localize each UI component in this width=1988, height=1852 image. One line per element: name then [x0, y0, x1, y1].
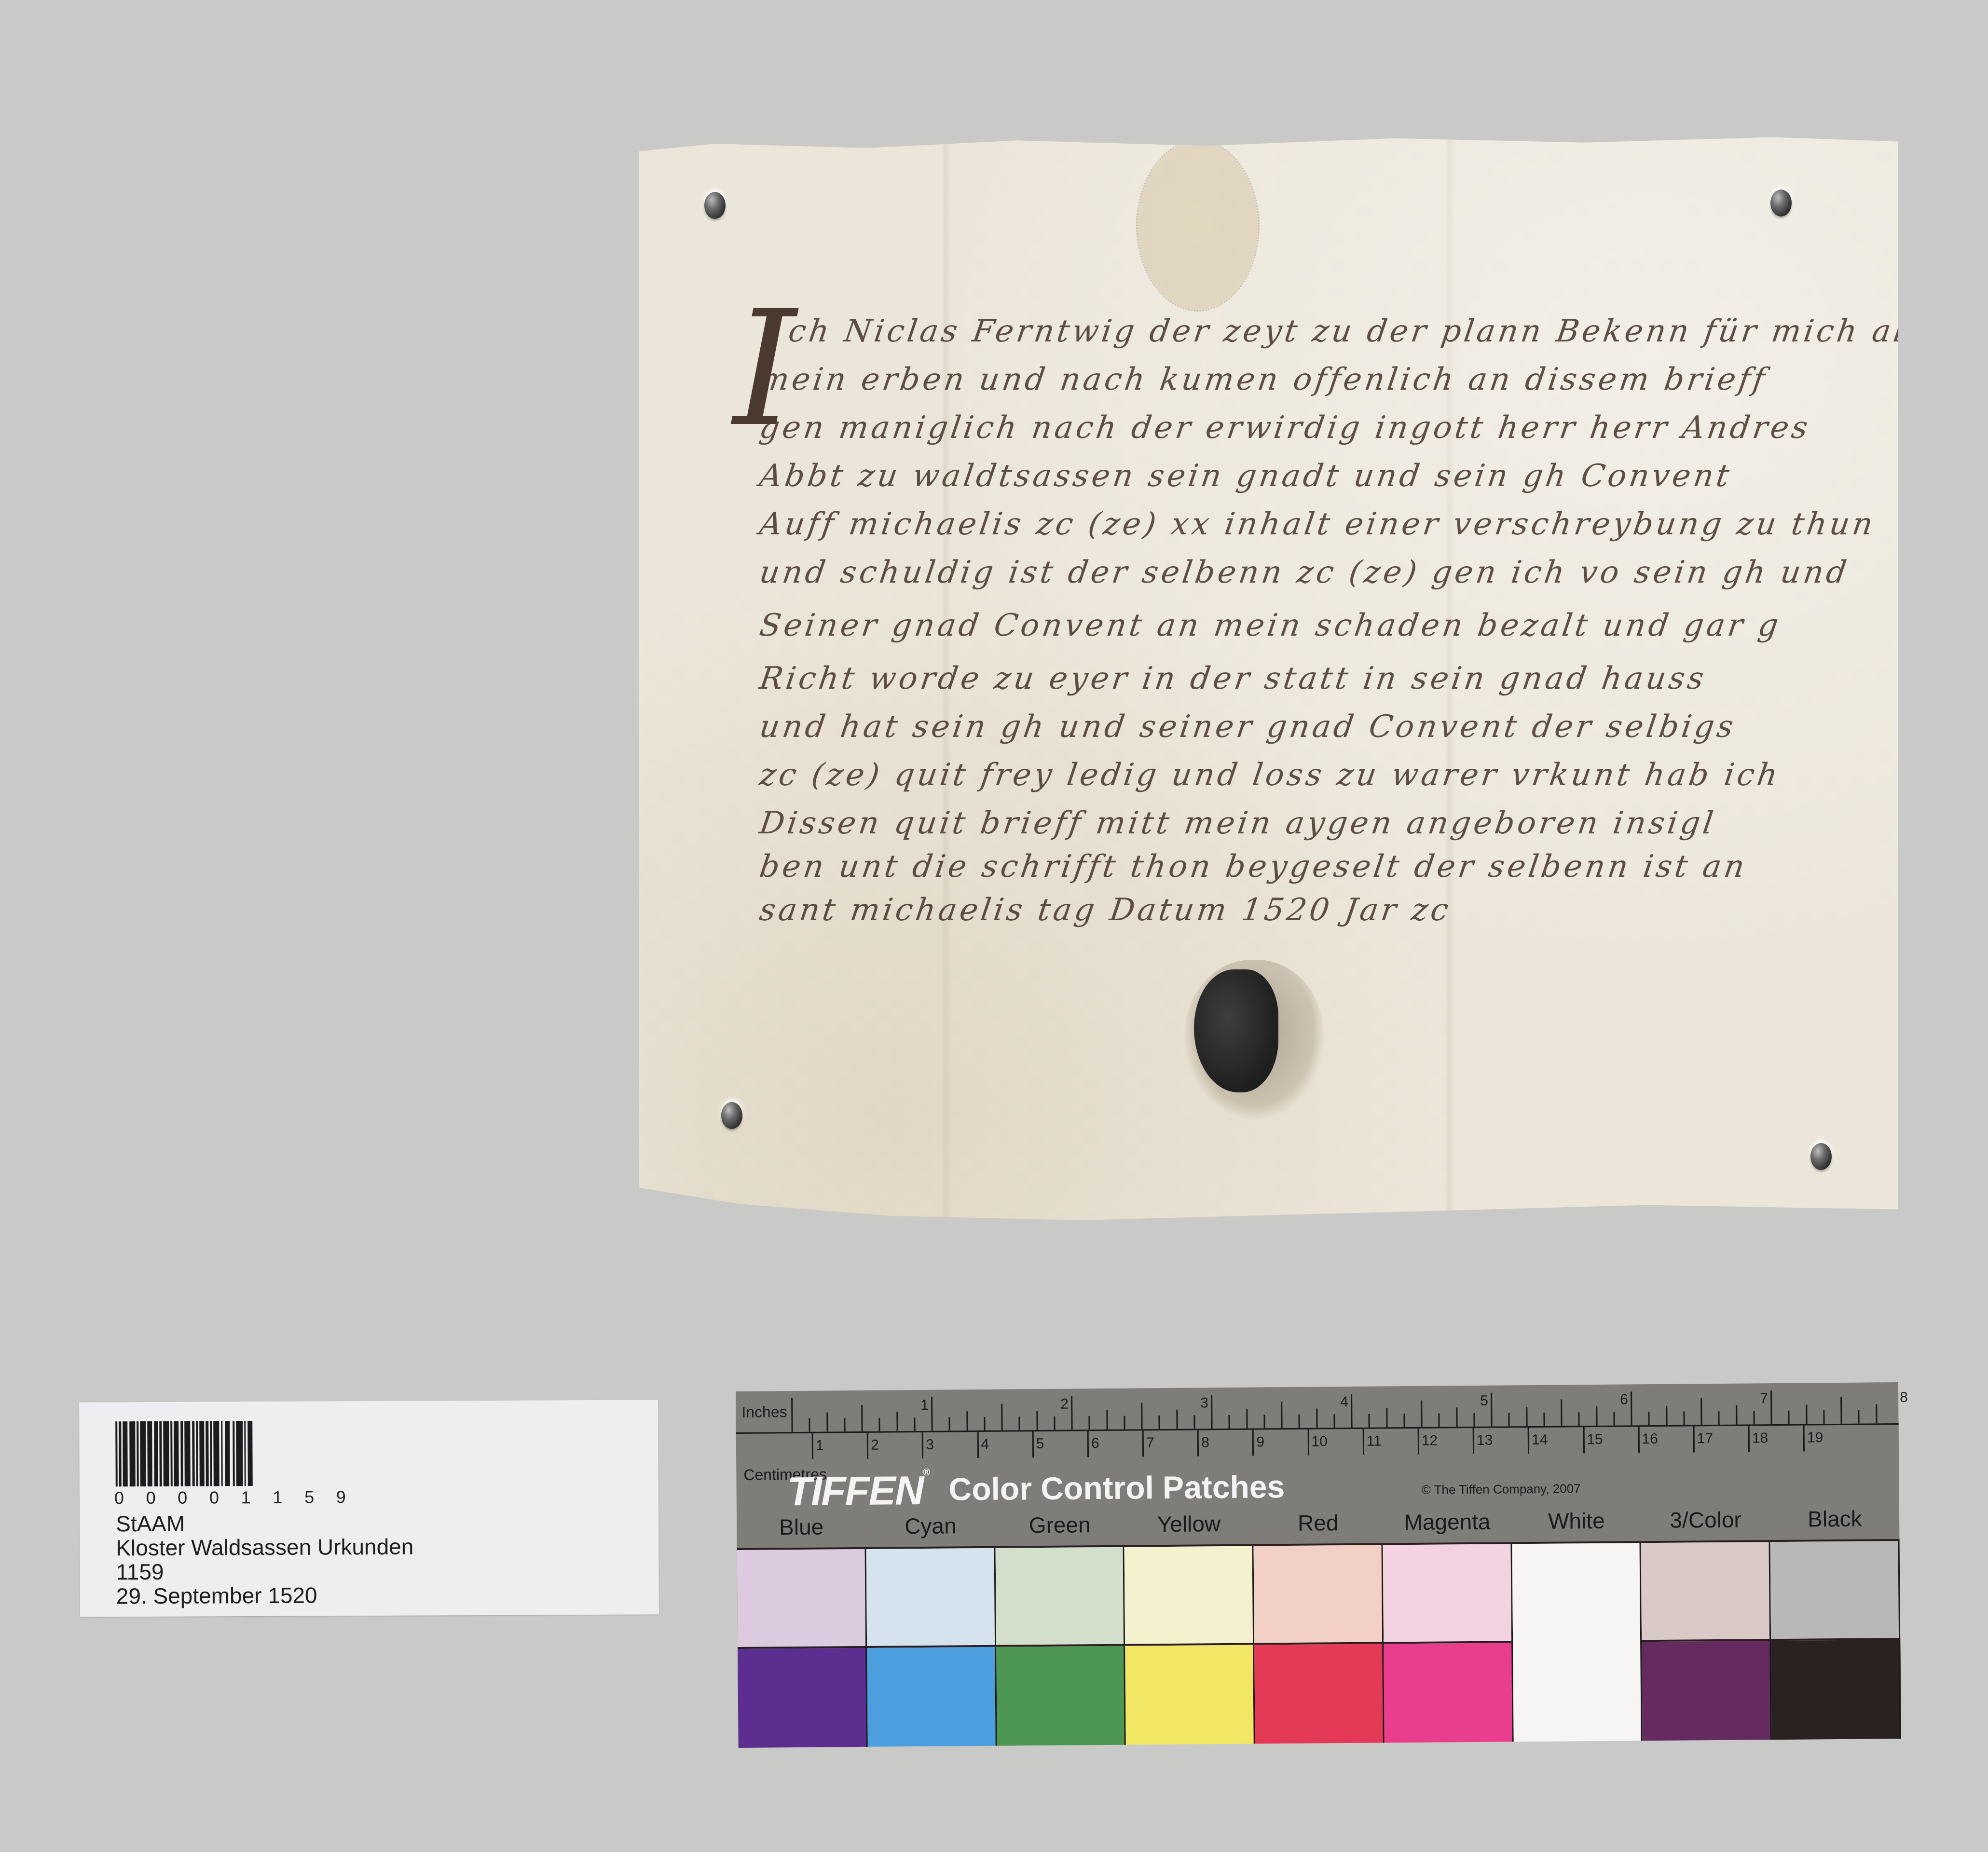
ruler-inch-tick	[1858, 1410, 1860, 1424]
manuscript-date-line: sant michaelis tag Datum 1520 Jar zc	[757, 892, 1453, 928]
patch-white	[1512, 1543, 1643, 1742]
mounting-pin-bottom-left	[721, 1102, 742, 1129]
ruler-inch-tick	[1019, 1416, 1020, 1430]
ruler-inch-tick	[984, 1417, 985, 1430]
ruler-cm-number: 3	[926, 1437, 934, 1453]
manuscript-line: und hat sein gh und seiner gnad Convent …	[757, 709, 1739, 745]
ruler-inch-tick	[1106, 1410, 1108, 1430]
ruler-inch-number: 1	[920, 1397, 929, 1414]
ruler-inch-tick	[966, 1411, 968, 1430]
patch-dark-red	[1254, 1644, 1384, 1743]
manuscript-line: zc (ze) quit frey ledig und loss zu ware…	[757, 757, 1782, 793]
ruler-cm-tick	[1197, 1430, 1199, 1456]
patch-dark-blue	[738, 1648, 867, 1748]
ruler-cm-tick	[812, 1433, 813, 1459]
ruler-inch-number: 2	[1060, 1396, 1069, 1413]
ruler-cm-number: 1	[816, 1438, 824, 1454]
patch-label-red: Red	[1253, 1509, 1383, 1536]
ruler-cm-tick	[1693, 1426, 1694, 1452]
barcode-bar	[140, 1421, 146, 1486]
ruler-cm-number: 14	[1532, 1432, 1548, 1448]
ruler-inch-tick	[809, 1418, 810, 1432]
ruler-inch-tick	[1001, 1404, 1002, 1430]
ruler-cm-tick	[1748, 1425, 1750, 1452]
ruler-inch-tick	[1613, 1412, 1615, 1426]
ruler-inch-tick	[896, 1412, 898, 1431]
patch-dark-3-color	[1642, 1641, 1772, 1741]
ruler-cm-number: 9	[1256, 1434, 1264, 1450]
ruler-inch-tick	[1683, 1412, 1685, 1425]
ruler-cm-tick	[1362, 1429, 1364, 1455]
patch-label-black: Black	[1770, 1505, 1899, 1532]
ruler-cm-number: 5	[1036, 1436, 1044, 1452]
ruler-inch-number: 7	[1760, 1390, 1768, 1407]
mounting-pin-bottom-right	[1810, 1143, 1832, 1170]
ruler-inch-tick	[1753, 1411, 1755, 1424]
ruler-inch-tick	[914, 1417, 915, 1431]
barcode-bar	[147, 1421, 152, 1486]
barcode-bar	[199, 1421, 205, 1486]
patch-light-green	[995, 1547, 1125, 1647]
ruler-ticks	[736, 1389, 1898, 1399]
patch-label-green: Green	[995, 1512, 1124, 1539]
barcode-digit: 9	[336, 1487, 346, 1507]
ruler-inch-number: 8	[1900, 1389, 1908, 1406]
ruler-inch-tick	[1071, 1396, 1073, 1430]
ruler-inch-tick	[1421, 1401, 1422, 1427]
barcode-digit: 5	[304, 1487, 314, 1507]
patch-light-yellow	[1124, 1546, 1254, 1646]
ruler-inch-tick	[1089, 1416, 1090, 1430]
barcode-digit: 0	[146, 1488, 156, 1508]
ruler-cm-number: 7	[1146, 1435, 1154, 1451]
ruler-cm-tick	[867, 1432, 868, 1459]
ruler-inch-tick	[1386, 1408, 1387, 1427]
patch-dark-yellow	[1125, 1645, 1255, 1745]
ruler-inch-tick	[1718, 1411, 1720, 1425]
ruler-cm-number: 8	[1201, 1434, 1209, 1451]
barcode-digit: 0	[114, 1488, 124, 1508]
ruler-cm-tick	[1032, 1431, 1033, 1457]
patch-label-white: White	[1512, 1507, 1641, 1534]
ruler-inch-tick	[1333, 1414, 1335, 1428]
brand-name: TIFFEN	[787, 1468, 923, 1514]
manuscript-line: Richt worde zu eyer in der statt in sein…	[757, 661, 1709, 696]
manuscript-line: gen maniglich nach der erwirdig ingott h…	[757, 410, 1813, 446]
ruler-inch-tick	[1806, 1405, 1807, 1424]
ruler-cm-tick	[1252, 1430, 1254, 1456]
ruler-inch-tick	[1229, 1415, 1230, 1429]
ruler-cm-tick	[1142, 1430, 1144, 1457]
ruler-inch-tick	[1823, 1410, 1824, 1424]
barcode-bar	[236, 1421, 243, 1486]
barcode-bar	[184, 1421, 191, 1486]
barcode-bar	[123, 1421, 128, 1486]
ruler-inch-tick	[879, 1418, 880, 1431]
ruler-cm-tick	[977, 1431, 978, 1458]
patch-label-cyan: Cyan	[866, 1512, 995, 1539]
ruler-inch-tick	[1876, 1404, 1877, 1423]
ruler-cm-tick	[1803, 1425, 1805, 1452]
ruler-inch-tick	[826, 1413, 828, 1432]
barcode-bar	[225, 1421, 230, 1486]
ruler-inch-tick	[1473, 1413, 1475, 1427]
ruler-cm-number: 17	[1697, 1430, 1714, 1447]
ruler-inch-number: 4	[1340, 1394, 1348, 1410]
manuscript-line: Dissen quit brieff mitt mein aygen angeb…	[757, 805, 1718, 841]
patch-dark-cyan	[867, 1647, 997, 1747]
ruler-cm-tick	[1473, 1428, 1474, 1454]
ruler-cm-number: 19	[1807, 1430, 1823, 1446]
ruler-inch-tick	[1736, 1405, 1737, 1425]
patch-dark-black	[1771, 1640, 1901, 1740]
ruler-cm-tick	[1087, 1430, 1089, 1457]
patch-light-blue	[737, 1549, 867, 1649]
ruler-inch-tick	[1176, 1410, 1178, 1429]
ruler-cm-number: 15	[1587, 1431, 1603, 1448]
ruler-inch-number: 5	[1480, 1393, 1488, 1409]
ruler-cm-number: 2	[871, 1437, 879, 1454]
ruler-inch-tick	[1263, 1415, 1265, 1428]
ruler-inch-tick	[1596, 1406, 1597, 1426]
barcode-bar	[174, 1421, 179, 1486]
ruler-inch-tick	[1141, 1403, 1142, 1429]
patch-light-red	[1254, 1545, 1384, 1645]
ruler-inch-tick	[1351, 1394, 1353, 1428]
barcode-digit: 1	[273, 1487, 282, 1508]
ruler-inch-tick	[1543, 1413, 1545, 1426]
ruler-cm-tick	[1418, 1428, 1419, 1455]
ruler-inch-tick	[1036, 1411, 1038, 1430]
label-number: 1159	[116, 1559, 164, 1585]
ruler-inch-tick	[1648, 1412, 1650, 1425]
ruler-cm-number: 6	[1091, 1435, 1099, 1452]
barcode-digits: 0 0 0 0 1 1 5 9	[114, 1487, 346, 1508]
patch-label-yellow: Yellow	[1124, 1511, 1253, 1538]
manuscript-line: ch Niclas Ferntwig der zeyt zu der plann…	[786, 313, 1922, 349]
ruler-inch-tick	[1281, 1402, 1282, 1428]
patch-light-black	[1770, 1541, 1900, 1641]
ruler-inch-tick	[1770, 1390, 1772, 1424]
ruler-inch-number: 6	[1620, 1391, 1628, 1408]
ruler-inches-label: Inches	[741, 1403, 787, 1421]
ruler-inch-tick	[791, 1398, 793, 1432]
barcode-bar	[213, 1421, 219, 1486]
ruler-inch-tick	[1054, 1416, 1055, 1430]
ruler-inch-tick	[861, 1405, 863, 1431]
ruler-cm-tick	[922, 1432, 923, 1458]
chart-copyright: © The Tiffen Company, 2007	[1422, 1481, 1581, 1498]
ruler-inch-tick	[1508, 1413, 1510, 1426]
ruler-inch-tick	[1193, 1416, 1195, 1429]
ruler-inch-tick	[1561, 1400, 1562, 1426]
patch-light-cyan	[866, 1548, 996, 1648]
ruler-cm-number: 13	[1477, 1432, 1493, 1449]
ruler-inch-tick	[949, 1417, 950, 1431]
patch-dark-magenta	[1384, 1643, 1513, 1743]
manuscript-line: ben unt die schrifft thon beygeselt der …	[757, 849, 1750, 885]
ruler-inch-tick	[1403, 1414, 1405, 1427]
patch-light-magenta	[1383, 1544, 1512, 1644]
patch-label-3-color: 3/Color	[1641, 1506, 1770, 1533]
tiffen-logo: TIFFEN®	[787, 1467, 929, 1515]
registered-mark: ®	[923, 1467, 929, 1478]
ruler-cm-number: 4	[981, 1436, 989, 1453]
label-archive: StAAM	[116, 1511, 185, 1537]
ruler-inch-tick	[1211, 1395, 1213, 1429]
patch-light-3-color	[1641, 1542, 1771, 1642]
ruler-cm-tick	[1638, 1426, 1639, 1453]
ruler-cm-number: 10	[1311, 1433, 1328, 1450]
ruler-inch-tick	[1788, 1411, 1790, 1424]
ruler-inch-tick	[1700, 1398, 1702, 1425]
ruler-inch-tick	[1124, 1416, 1125, 1430]
ruler-cm-tick	[1307, 1429, 1309, 1456]
barcode-digit: 1	[241, 1487, 251, 1508]
ruler-inch-number: 3	[1200, 1395, 1208, 1411]
faded-seal-imprint	[1136, 140, 1260, 312]
patch-label-magenta: Magenta	[1383, 1508, 1512, 1535]
barcode	[115, 1420, 343, 1486]
ruler-cm-number: 16	[1642, 1431, 1658, 1447]
ruler-cm-number: 12	[1422, 1433, 1438, 1449]
barcode-bar	[247, 1421, 253, 1486]
barcode-bar	[163, 1421, 169, 1486]
mounting-pin-top-right	[1770, 190, 1792, 217]
mounting-pin-top-left	[704, 192, 726, 219]
ruler-inch-tick	[1840, 1397, 1842, 1424]
ruler-inch-tick	[1491, 1393, 1493, 1427]
manuscript-document: I ch Niclas Ferntwig der zeyt zu der pla…	[639, 135, 1898, 1220]
ruler-inch-tick	[1369, 1414, 1370, 1428]
ruler-inch-tick	[844, 1418, 845, 1431]
ruler: Inches 123456781234567891011121314151617…	[736, 1389, 1899, 1476]
ruler-inch-tick	[1456, 1407, 1457, 1427]
label-date: 29. September 1520	[116, 1582, 317, 1609]
barcode-bar	[129, 1421, 136, 1486]
ruler-cm-tick	[1528, 1427, 1529, 1454]
ruler-inch-tick	[1578, 1412, 1580, 1426]
barcode-digit: 0	[178, 1488, 187, 1508]
manuscript-line: Abbt zu waldtsassen sein gnadt und sein …	[757, 458, 1734, 494]
manuscript-line: Seiner gnad Convent an mein schaden beza…	[757, 608, 1783, 643]
ruler-inch-tick	[1666, 1406, 1667, 1425]
patch-dark-green	[996, 1646, 1126, 1746]
ruler-cm-number: 11	[1367, 1433, 1382, 1449]
ruler-cm-tick	[1583, 1427, 1584, 1453]
manuscript-line: mein erben und nach kumen offenlich an d…	[757, 362, 1770, 397]
manuscript-line: und schuldig ist der selbenn zc (ze) gen…	[757, 555, 1851, 590]
ruler-inch-tick	[1316, 1409, 1317, 1428]
manuscript-line: Auff michaelis zc (ze) xx inhalt einer v…	[757, 506, 1878, 542]
color-control-chart: Inches 123456781234567891011121314151617…	[736, 1382, 1901, 1746]
ruler-inch-tick	[1246, 1409, 1248, 1429]
label-collection: Kloster Waldsassen Urkunden	[116, 1534, 413, 1561]
ruler-inch-tick	[931, 1397, 933, 1431]
ruler-cm-number: 18	[1752, 1430, 1769, 1446]
chart-title: Color Control Patches	[948, 1468, 1285, 1507]
ruler-inch-tick	[1159, 1416, 1160, 1429]
ruler-inch-tick	[1299, 1415, 1300, 1428]
ruler-inch-tick	[1439, 1414, 1440, 1427]
ruler-inch-tick	[1631, 1391, 1632, 1425]
color-patches	[737, 1539, 1901, 1748]
barcode-digit: 0	[209, 1487, 219, 1508]
patch-label-blue: Blue	[737, 1513, 866, 1540]
archive-label: 0 0 0 0 1 1 5 9 StAAM Kloster Waldsassen…	[79, 1400, 659, 1617]
ruler-inch-tick	[1526, 1407, 1527, 1426]
